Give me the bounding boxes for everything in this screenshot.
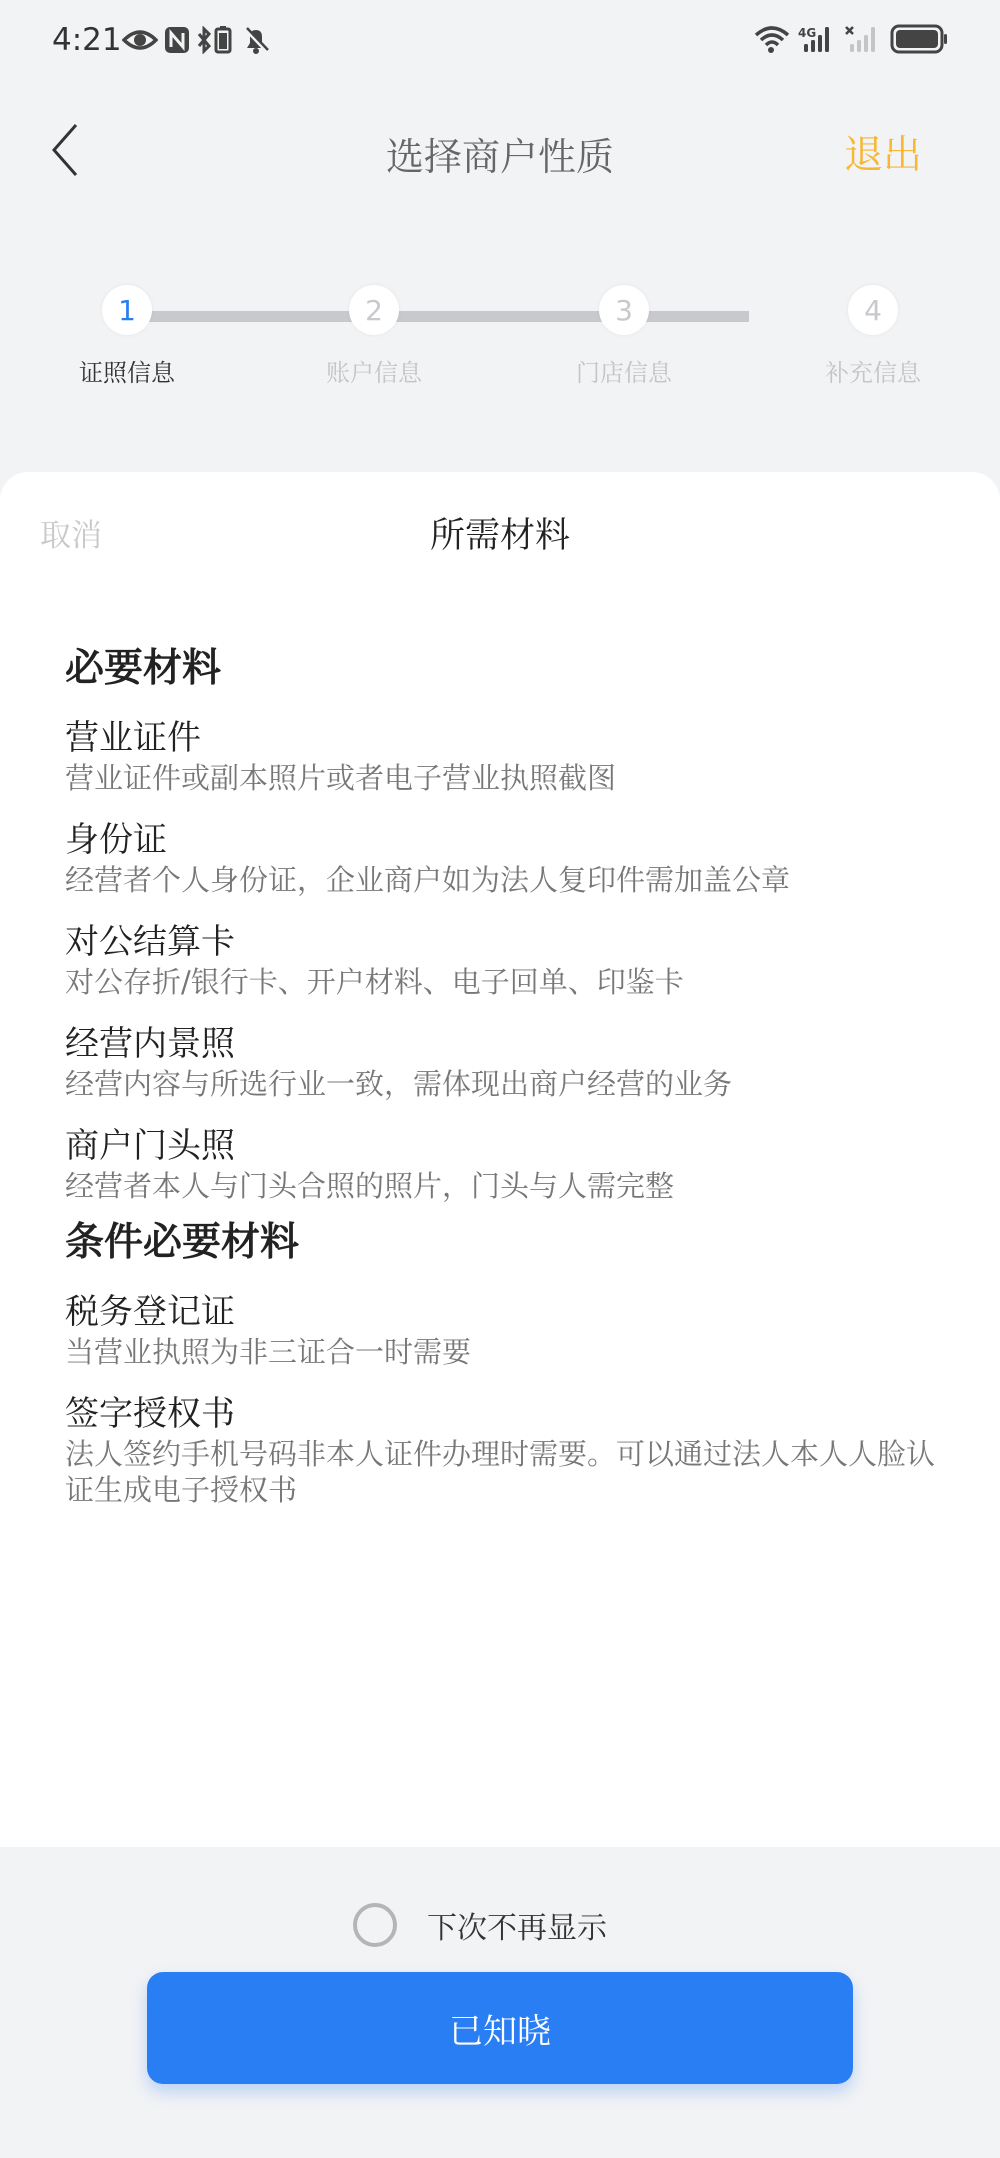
material-title: 商户门头照: [65, 1124, 945, 1168]
material-item: 签字授权书 法人签约手机号码非本人证件办理时需要。可以通过法人本人人脸认证生成电…: [65, 1392, 945, 1508]
svg-text:4G: 4G: [798, 26, 816, 40]
step-3: 3 门店信息: [544, 285, 704, 388]
dont-show-again-option[interactable]: 下次不再显示: [0, 1900, 1000, 1950]
dont-show-label: 下次不再显示: [427, 1903, 607, 1947]
material-item: 对公结算卡 对公存折/银行卡、开户材料、电子回单、印鉴卡: [65, 920, 945, 1000]
step-label: 账户信息: [294, 353, 454, 388]
dont-show-radio[interactable]: [353, 1903, 397, 1947]
step-2: 2 账户信息: [294, 285, 454, 388]
material-title: 税务登记证: [65, 1290, 945, 1334]
section-spacer: [65, 1204, 945, 1218]
battery-icon: [890, 24, 948, 54]
material-item: 营业证件 营业证件或副本照片或者电子营业执照截图: [65, 716, 945, 796]
material-title: 营业证件: [65, 716, 945, 760]
step-1: 1 证照信息: [47, 285, 207, 388]
material-item: 商户门头照 经营者本人与门头合照的照片，门头与人需完整: [65, 1124, 945, 1204]
material-title: 身份证: [65, 818, 945, 862]
material-desc: 法人签约手机号码非本人证件办理时需要。可以通过法人本人人脸认证生成电子授权书: [65, 1436, 945, 1508]
4g-signal-icon: 4G: [798, 25, 836, 53]
material-item: 税务登记证 当营业执照为非三证合一时需要: [65, 1290, 945, 1370]
step-label: 门店信息: [544, 353, 704, 388]
section-title-required: 必要材料: [65, 644, 945, 694]
materials-list: 必要材料 营业证件 营业证件或副本照片或者电子营业执照截图 身份证 经营者个人身…: [65, 644, 945, 1508]
step-number: 1: [102, 285, 152, 335]
sheet-title: 所需材料: [0, 508, 1000, 558]
status-time: 4:21: [52, 22, 122, 58]
exit-button[interactable]: 退出: [844, 124, 922, 180]
material-item: 身份证 经营者个人身份证，企业商户如为法人复印件需加盖公章: [65, 818, 945, 898]
material-title: 签字授权书: [65, 1392, 945, 1436]
section-title-conditional: 条件必要材料: [65, 1218, 945, 1268]
material-item: 经营内景照 经营内容与所选行业一致，需体现出商户经营的业务: [65, 1022, 945, 1102]
step-number: 3: [599, 285, 649, 335]
material-desc: 经营者个人身份证，企业商户如为法人复印件需加盖公章: [65, 862, 945, 898]
material-title: 对公结算卡: [65, 920, 945, 964]
material-desc: 经营者本人与门头合照的照片，门头与人需完整: [65, 1168, 945, 1204]
material-desc: 营业证件或副本照片或者电子营业执照截图: [65, 760, 945, 796]
step-label: 证照信息: [47, 353, 207, 388]
progress-stepper: 1 证照信息 2 账户信息 3 门店信息 4 补充信息: [0, 285, 1000, 405]
step-4: 4 补充信息: [793, 285, 953, 388]
material-desc: 经营内容与所选行业一致，需体现出商户经营的业务: [65, 1066, 945, 1102]
mute-bell-icon: [242, 26, 270, 54]
material-desc: 对公存折/银行卡、开户材料、电子回单、印鉴卡: [65, 964, 945, 1000]
no-signal-icon: [844, 25, 882, 53]
step-number: 4: [848, 285, 898, 335]
step-label: 补充信息: [793, 353, 953, 388]
status-right-icons: 4G: [754, 24, 948, 54]
sheet-header: 取消 所需材料: [0, 472, 1000, 592]
status-left-icons: [122, 26, 270, 54]
wifi-icon: [754, 25, 790, 53]
acknowledge-button[interactable]: 已知晓: [147, 1972, 853, 2084]
status-bar: 4:21 4G: [0, 0, 1000, 84]
nfc-icon: [164, 26, 190, 54]
eye-icon: [122, 27, 158, 53]
step-number: 2: [349, 285, 399, 335]
required-materials-sheet: 取消 所需材料 必要材料 营业证件 营业证件或副本照片或者电子营业执照截图 身份…: [0, 472, 1000, 1847]
material-desc: 当营业执照为非三证合一时需要: [65, 1334, 945, 1370]
material-title: 经营内景照: [65, 1022, 945, 1066]
nav-header: 选择商户性质 退出: [0, 100, 1000, 200]
bluetooth-battery-icon: [196, 26, 236, 54]
